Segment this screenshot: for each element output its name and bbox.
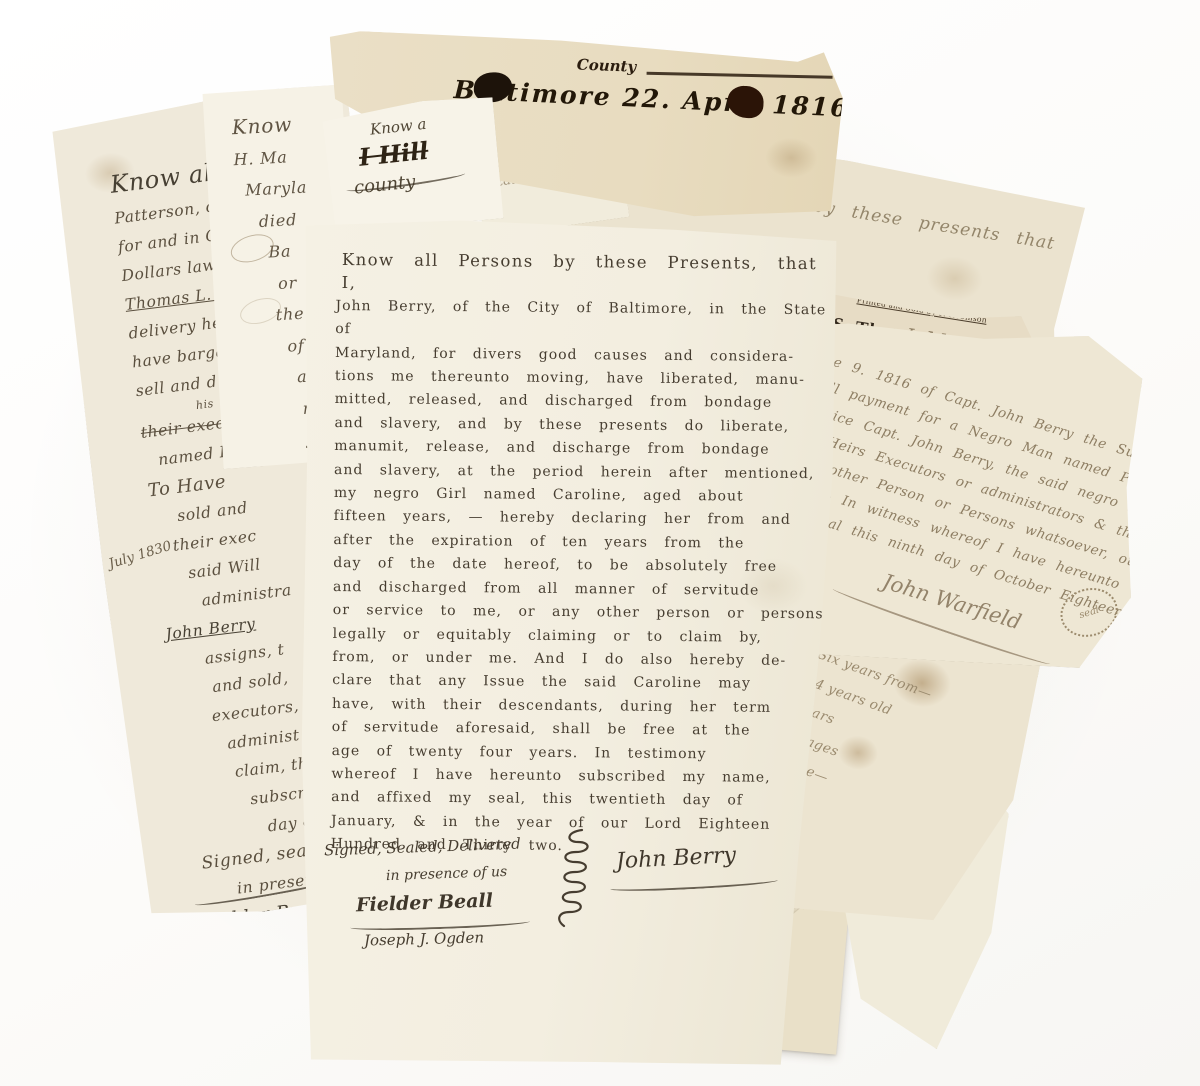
witness-signature-1: Fielder Beall bbox=[356, 890, 494, 917]
deed-line: Ba bbox=[268, 234, 312, 268]
manumission-document-paper: Know all Persons by these Presents, that… bbox=[298, 218, 838, 1068]
baltimore-date-line: Baltimore 22. April 1816 bbox=[453, 75, 844, 123]
deed-line: Maryla bbox=[244, 171, 308, 206]
deed-line: Know bbox=[231, 109, 305, 144]
photo-canvas: Know all Patterson, of for and in C Doll… bbox=[0, 0, 1200, 1086]
john-berry-signature: John Berry bbox=[615, 843, 736, 874]
ink-dash-stroke bbox=[647, 72, 833, 79]
paper-stain bbox=[924, 253, 986, 304]
seal-label: seal bbox=[1078, 604, 1101, 620]
presents-line: by these presents that bbox=[812, 196, 1057, 254]
witness-signature-2: Joseph J. Ogden bbox=[364, 928, 485, 949]
signed-sealed-line: Signed, Sealed, Delivered bbox=[324, 835, 521, 860]
closing-block: Signed, Sealed, Delivered in presence of… bbox=[298, 218, 838, 1068]
county-word: County bbox=[577, 56, 637, 76]
presence-line: in presence of us bbox=[386, 864, 508, 884]
seal-scribble-flourish bbox=[544, 824, 604, 934]
signature-flourish bbox=[610, 876, 778, 894]
paper-stain bbox=[765, 137, 818, 179]
deed-line: H. Ma bbox=[233, 140, 307, 175]
deed-line: died bbox=[258, 203, 310, 237]
